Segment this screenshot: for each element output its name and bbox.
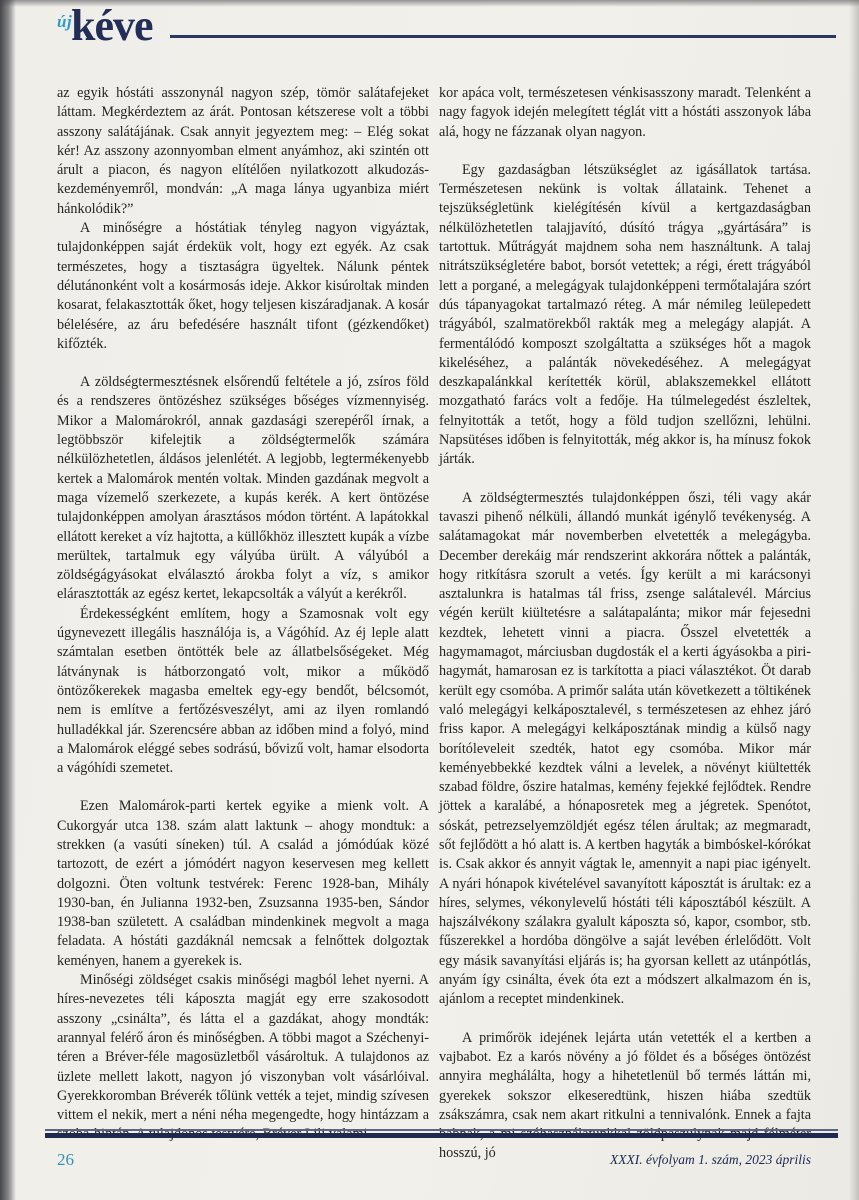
footer-rule-thin (45, 1129, 838, 1131)
article-column-left: az egyik hóstáti asszonynál nagyon szép,… (57, 84, 429, 1145)
paragraph: Ezen Malomárok-parti kertek egyike a mie… (57, 797, 429, 971)
paragraph: A zöldségtermesztés tulajdonképpen őszi,… (439, 489, 811, 1010)
scanned-magazine-page: új kéve az egyik hóstáti asszonynál nagy… (0, 0, 859, 1200)
article-column-right: kor apáca volt, természetesen vénkisassz… (439, 84, 811, 1164)
paragraph: Érdekességként említem, hogy a Szamosnak… (57, 605, 429, 779)
masthead-logo-uj: új (57, 12, 72, 32)
footer-page-number: 26 (57, 1150, 74, 1170)
paragraph: Minőségi zöldséget csakis minőségi magbó… (57, 971, 429, 1145)
paragraph: A zöldségtermesztésnek elsőrendű feltéte… (57, 373, 429, 605)
paragraph: az egyik hóstáti asszonynál nagyon szép,… (57, 84, 429, 219)
scan-edge-shadow-left (0, 0, 16, 1200)
paragraph: Egy gazdaságban létszükséglet az igásáll… (439, 161, 811, 470)
footer-issue-info: XXXI. évfolyam 1. szám, 2023 április (610, 1152, 811, 1168)
masthead-rule (170, 35, 836, 38)
paragraph: kor apáca volt, természetesen vénkisassz… (439, 84, 811, 142)
scan-edge-shadow-right (849, 0, 859, 1200)
footer-rule-thick (45, 1133, 838, 1138)
paragraph: A minőségre a hóstátiak tényleg nagyon v… (57, 219, 429, 354)
paragraph: A primőrök idejének lejárta után vetetté… (439, 1029, 811, 1164)
masthead-logo-keve: kéve (71, 0, 153, 51)
